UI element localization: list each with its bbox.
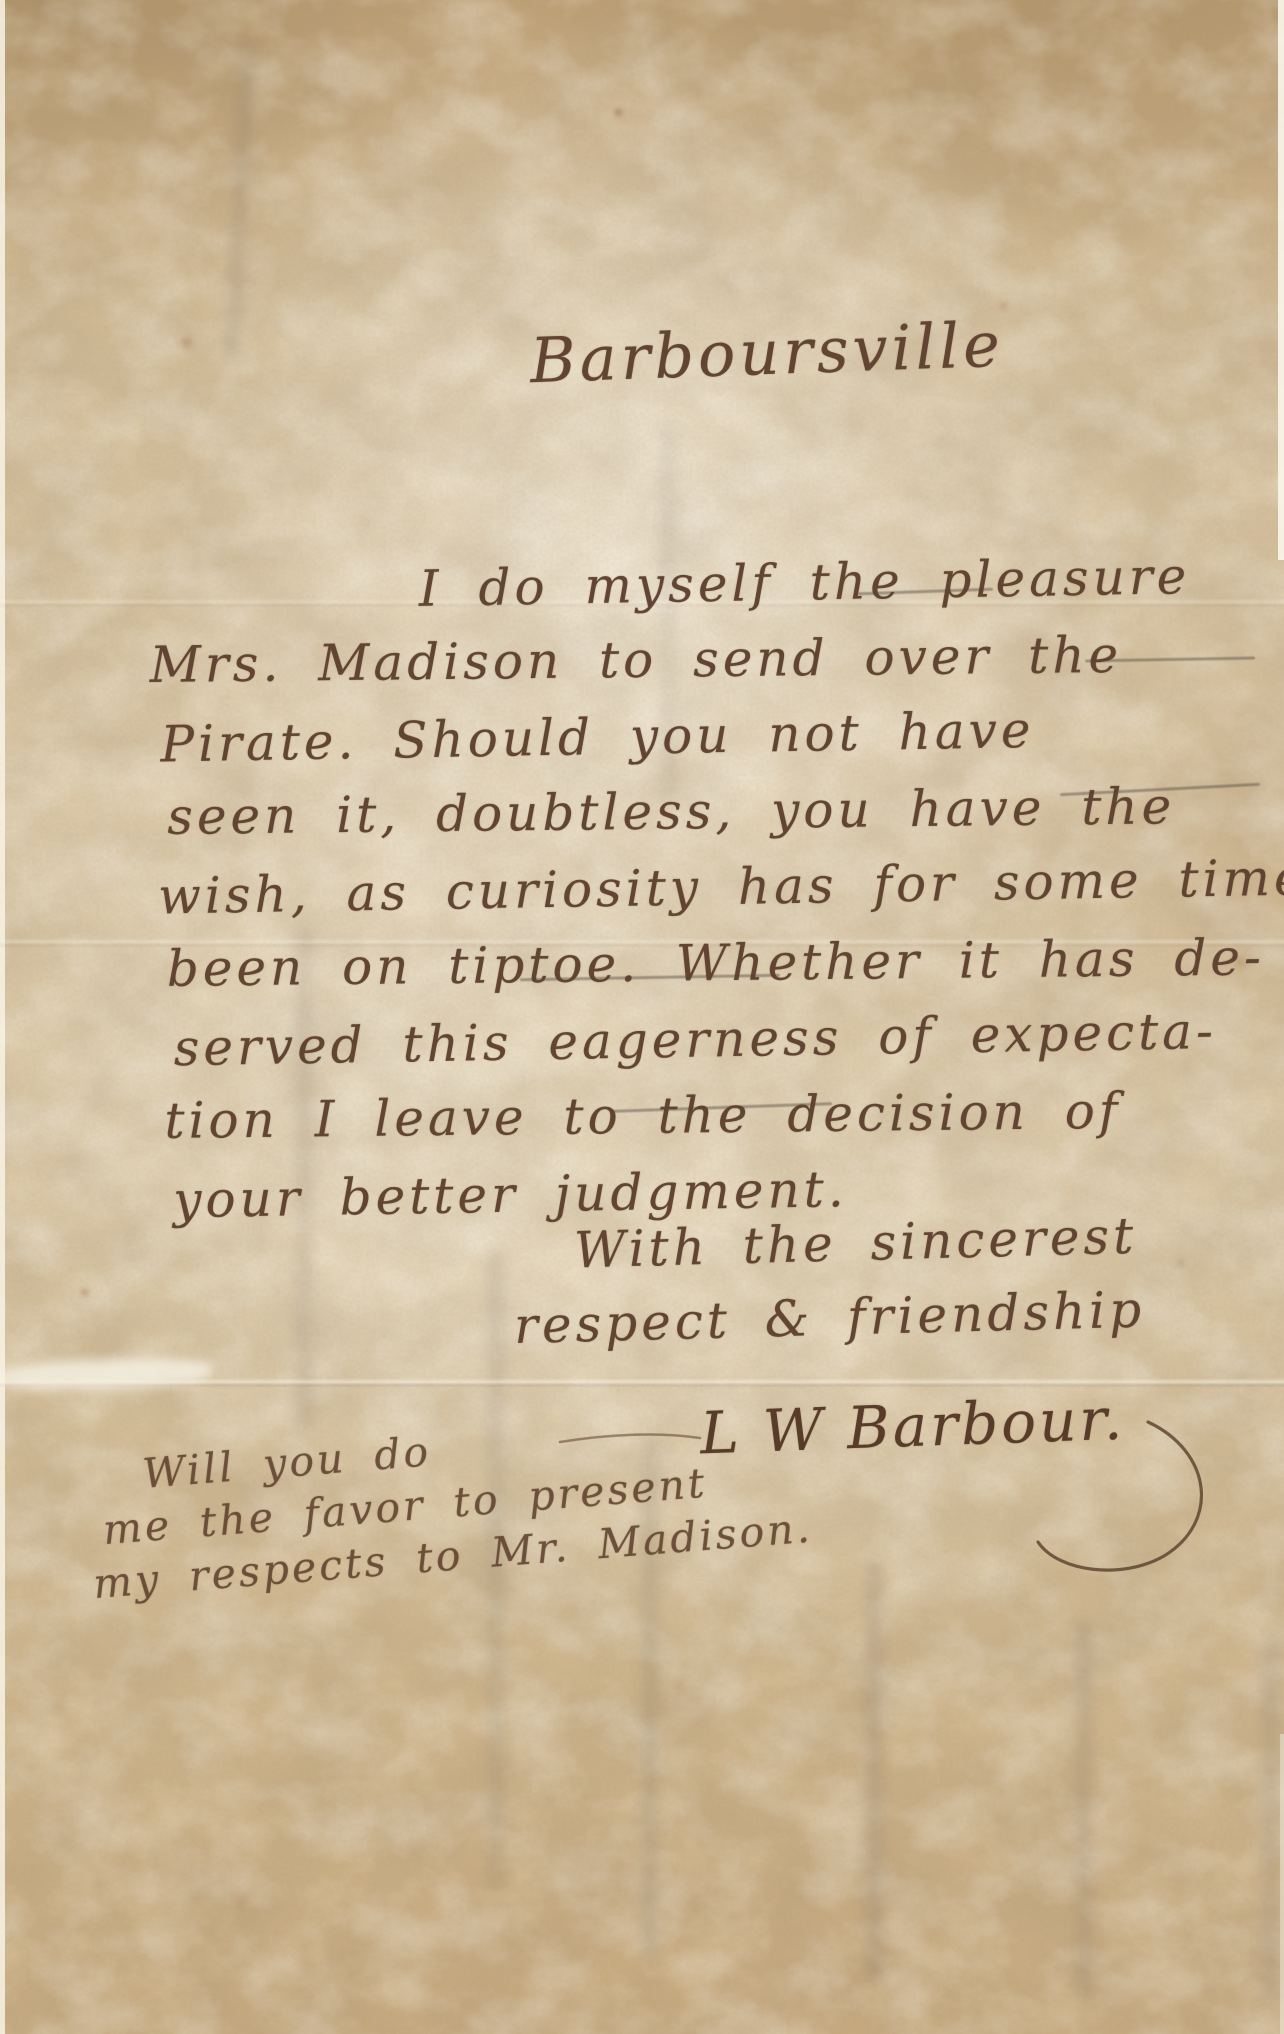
- signature-flourish: [0, 0, 1284, 2034]
- letter-photo: Barboursville I do myself the pleasure M…: [0, 0, 1284, 2034]
